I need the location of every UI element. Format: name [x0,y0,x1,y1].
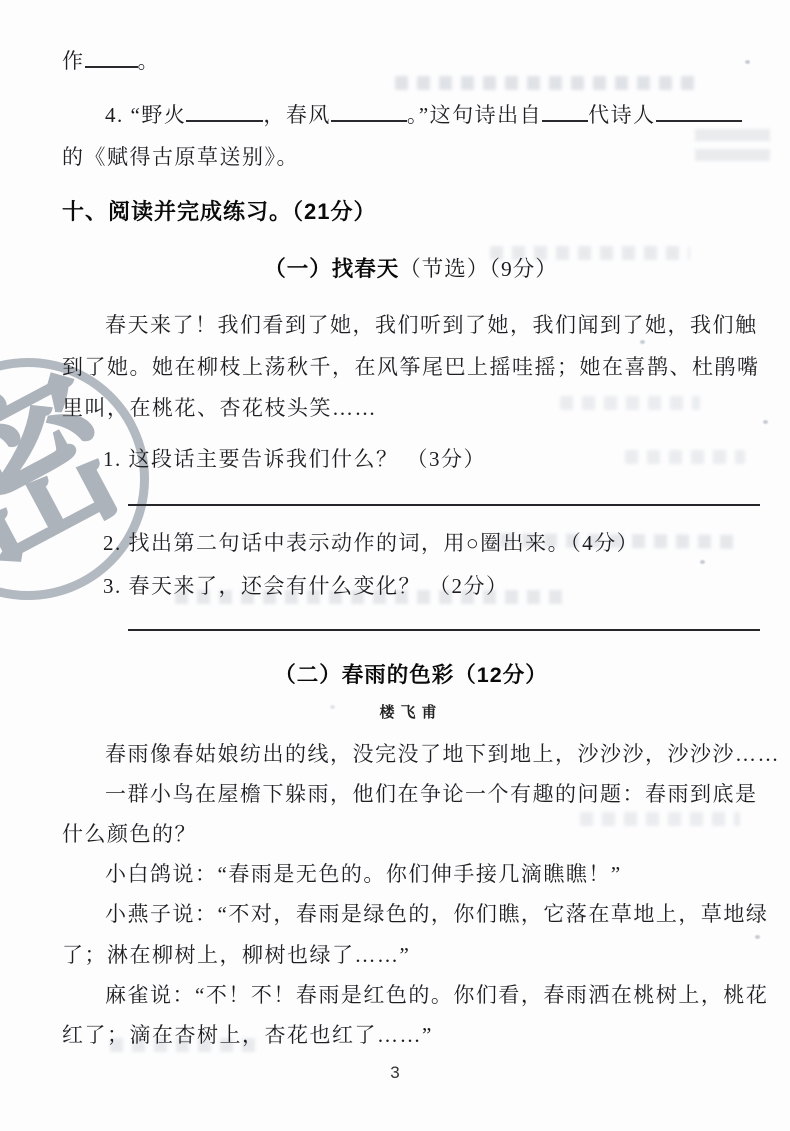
passage-line: 小燕子说：“不对，春雨是绿色的，你们瞧，它落在草地上，草地绿 [62,894,760,934]
reading2-score: （12分） [454,663,547,687]
page-content: 作。 4. “野火，春风。”这句诗出自代诗人 的《赋得古原草送别》。 十、阅读并… [0,0,790,1055]
exam-paper-page: 密 作。 4. “野火，春风。”这句诗出自代诗人 的《赋得古原草送别》。 十、阅… [0,0,790,1131]
open-quote: “ [131,103,142,127]
question-score: （4分） [570,531,639,555]
fill-blank-prefix: 作 [62,49,85,73]
answer-blank[interactable] [186,104,263,122]
answer-blank[interactable] [656,104,742,122]
reading2-title: 春雨的色彩 [342,663,455,687]
q4-comma: ， [263,103,286,127]
passage-line: 红了；滴在杏树上，杏花也红了……” [62,1015,760,1055]
section-ten-heading: 十、阅读并完成练习。（21分） [62,196,760,228]
section-ten-score: （21分） [292,199,376,224]
section-ten-title: 十、阅读并完成练习。 [62,199,292,224]
question-number: 1. [103,447,122,471]
passage-line: 里叫，在桃花、杏花枝头笑…… [62,388,760,430]
passage-line: 了；淋在柳树上，柳树也绿了……” [62,935,760,975]
question-4-line: 4. “野火，春风。”这句诗出自代诗人 [62,100,760,130]
question-text: 找出第二句话中表示动作的词，用○圈出来。 [129,531,571,555]
reading2-passage: 春雨像春姑娘纺出的线，没完没了地下到地上，沙沙沙，沙沙沙……一群小鸟在屋檐下躲雨… [62,734,760,1056]
answer-blank[interactable] [331,104,407,122]
passage-line: 什么颜色的？ [62,814,760,854]
reading2-heading: （二）春雨的色彩（12分） [62,660,760,690]
passage-line: 麻雀说：“不！不！春雨是红色的。你们看，春雨洒在桃树上，桃花 [62,975,760,1015]
question-text: 春天来了，还会有什么变化？ [129,574,422,598]
passage-line: 春雨像春姑娘纺出的线，没完没了地下到地上，沙沙沙，沙沙沙…… [62,734,760,774]
question-score: （2分） [429,574,509,598]
q4-text-source: 这句诗出自 [430,103,543,127]
passage-line: 小白鸽说：“春雨是无色的。你们伸手接几滴瞧瞧！” [62,854,760,894]
question-4-line2: 的《赋得古原草送别》。 [62,142,760,172]
passage-line: 到了她。她在柳枝上荡秋千，在风筝尾巴上摇哇摇；她在喜鹊、杜鹃嘴 [62,347,760,389]
question-number: 3. [103,574,122,598]
answer-line[interactable] [128,629,760,631]
reading1-number: （一） [264,257,332,281]
reading1-score: （9分） [489,257,558,281]
reading1-title: 找春天 [332,257,400,281]
question-text: 这段话主要告诉我们什么？ [129,447,399,471]
close-quote: 。” [407,103,430,127]
fill-blank-period: 。 [138,49,161,73]
answer-line[interactable] [128,504,760,506]
answer-blank[interactable] [85,50,138,68]
reading1-question-2: 2. 找出第二句话中表示动作的词，用○圈出来。（4分） [103,528,760,558]
question-number: 2. [103,531,122,555]
reading1-note: （节选） [399,257,489,281]
question-score: （3分） [407,447,487,471]
q4-text-chunfeng: 春风 [286,103,331,127]
q4-text-poet: 代诗人 [588,103,656,127]
reading2-number: （二） [274,663,342,687]
question-4-number: 4. [105,103,124,127]
reading2-author: 楼飞甫 [62,701,760,722]
reading1-question-1: 1. 这段话主要告诉我们什么？（3分） [103,444,760,474]
q4-text-yehuo: 野火 [141,103,186,127]
answer-blank[interactable] [542,104,588,122]
passage-line: 一群小鸟在屋檐下躲雨，他们在争论一个有趣的问题：春雨到底是 [62,774,760,814]
reading1-heading: （一）找春天（节选）（9分） [62,254,760,284]
fill-blank-line-zuo: 作。 [62,46,760,76]
passage-line: 春天来了！我们看到了她，我们听到了她，我们闻到了她，我们触 [62,305,760,347]
reading1-question-3: 3. 春天来了，还会有什么变化？（2分） [103,571,760,601]
page-number: 3 [0,1063,790,1083]
reading1-passage: 春天来了！我们看到了她，我们听到了她，我们闻到了她，我们触到了她。她在柳枝上荡秋… [62,305,760,430]
